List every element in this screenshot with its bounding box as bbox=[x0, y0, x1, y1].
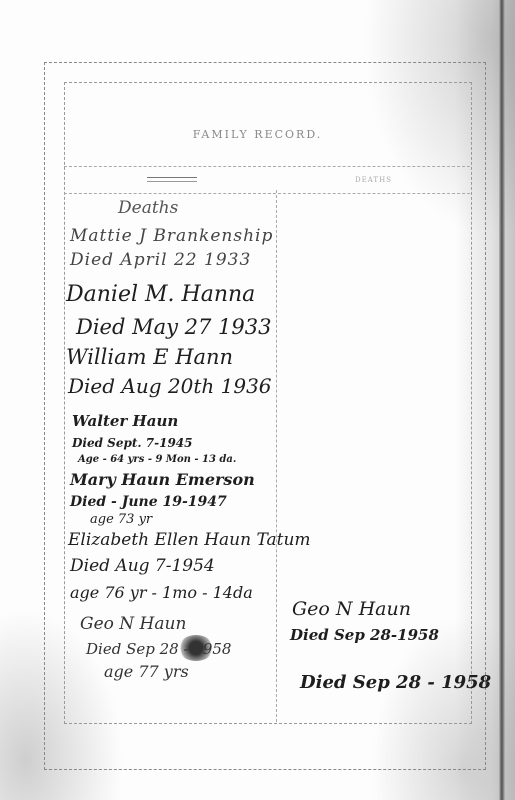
entry-name: Elizabeth Ellen Haun Tatum bbox=[68, 530, 311, 550]
section-heading: Deaths bbox=[118, 198, 178, 218]
entry-name: Mary Haun Emerson bbox=[70, 470, 255, 489]
right-entry-name: Geo N Haun bbox=[292, 598, 411, 620]
entry-date: Died May 27 1933 bbox=[76, 315, 272, 339]
book-spine bbox=[499, 0, 505, 800]
entry-age: age 77 yrs bbox=[104, 662, 189, 681]
entry-name: Walter Haun bbox=[72, 412, 178, 430]
header-rule-top bbox=[64, 166, 470, 167]
column-header-deaths: DEATHS bbox=[355, 176, 392, 184]
entry-date: Died Aug 7-1954 bbox=[70, 556, 215, 576]
entry-name: Daniel M. Hanna bbox=[66, 282, 255, 307]
header-rule-bottom bbox=[64, 193, 470, 194]
entry-age: Age - 64 yrs - 9 Mon - 13 da. bbox=[78, 454, 236, 465]
entry-name: Geo N Haun bbox=[80, 614, 186, 634]
right-entry-date-rewritten: Died Sep 28 - 1958 bbox=[300, 672, 491, 693]
entry-age: age 76 yr - 1mo - 14da bbox=[70, 583, 253, 602]
column-divider bbox=[276, 190, 277, 722]
scanned-page: FAMILY RECORD. DEATHS Deaths Mattie J Br… bbox=[0, 0, 515, 800]
entry-age: age 73 yr bbox=[90, 512, 152, 527]
entry-date: Died Aug 20th 1936 bbox=[68, 374, 272, 398]
entry-date: Died - June 19-1947 bbox=[70, 494, 227, 510]
right-entry-date: Died Sep 28-1958 bbox=[290, 626, 439, 644]
page-title: FAMILY RECORD. bbox=[0, 128, 515, 141]
entry-date: Died Sept. 7-1945 bbox=[72, 436, 193, 450]
entry-name: William E Hann bbox=[66, 345, 233, 369]
entry-date: Died April 22 1933 bbox=[70, 250, 251, 270]
ornament-rule bbox=[147, 177, 197, 182]
entry-name: Mattie J Brankenship bbox=[70, 226, 273, 246]
ink-smudge bbox=[178, 635, 214, 661]
